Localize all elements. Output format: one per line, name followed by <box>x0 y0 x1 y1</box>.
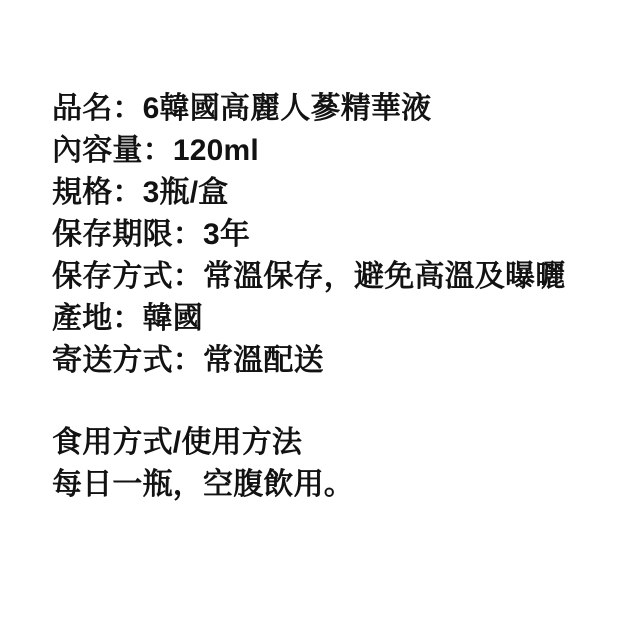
spec-row-shipping-method: 寄送方式：常溫配送 <box>52 340 620 382</box>
spec-row-storage-method: 保存方式：常溫保存，避免高溫及曝曬 <box>52 256 620 298</box>
spec-row-specification: 規格：3瓶/盒 <box>52 172 620 214</box>
spec-row-product-name: 品名：6韓國高麗人蔘精華液 <box>52 88 620 130</box>
spec-value: 3瓶/盒 <box>143 176 229 209</box>
spec-row-shelf-life: 保存期限：3年 <box>52 214 620 256</box>
spec-value: 韓國 <box>143 302 203 335</box>
spec-label: 保存期限： <box>52 218 203 251</box>
spec-label: 規格： <box>52 176 143 209</box>
product-info-sheet: 品名：6韓國高麗人蔘精華液 內容量：120ml 規格：3瓶/盒 保存期限：3年 … <box>0 0 640 640</box>
spec-label: 內容量： <box>52 134 173 167</box>
spec-value: 120ml <box>173 134 259 167</box>
usage-section: 食用方式/使用方法 每日一瓶，空腹飲用。 <box>52 422 620 506</box>
spec-row-volume: 內容量：120ml <box>52 130 620 172</box>
spec-label: 保存方式： <box>52 260 203 293</box>
usage-heading: 食用方式/使用方法 <box>52 422 620 464</box>
spec-value: 常溫保存，避免高溫及曝曬 <box>203 260 565 293</box>
spec-label: 寄送方式： <box>52 344 203 377</box>
spec-label: 品名： <box>52 92 143 125</box>
spec-row-origin: 產地：韓國 <box>52 298 620 340</box>
spec-value: 3年 <box>203 218 250 251</box>
spec-list: 品名：6韓國高麗人蔘精華液 內容量：120ml 規格：3瓶/盒 保存期限：3年 … <box>52 88 620 382</box>
spec-value: 6韓國高麗人蔘精華液 <box>143 92 432 125</box>
spec-label: 產地： <box>52 302 143 335</box>
usage-text: 每日一瓶，空腹飲用。 <box>52 464 620 506</box>
spec-value: 常溫配送 <box>203 344 324 377</box>
